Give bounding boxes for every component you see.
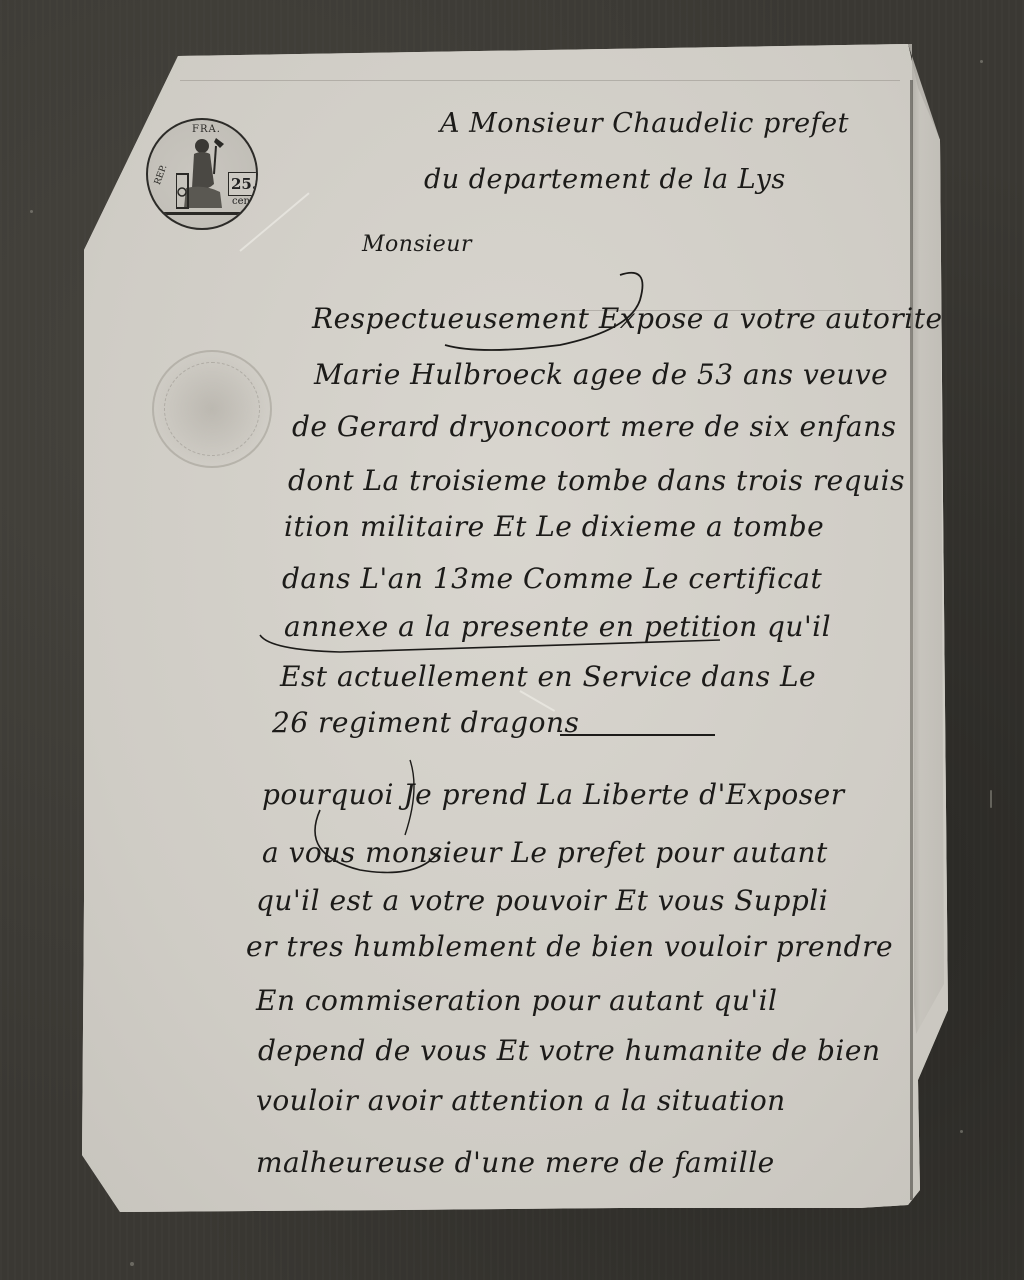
body-line-13: er tres humblement de bien vouloir prend… [246,930,893,963]
body-line-14: En commiseration pour autant qu'il [256,984,778,1017]
body-line-1: Respectueusement Expose a votre autorite [312,302,943,335]
body-line-8: Est actuellement en Service dans Le [280,660,816,693]
stamp-unit: cen [232,196,250,207]
body-line-11: a vous monsieur Le prefet pour autant [262,836,828,869]
dust-speck [960,1130,963,1133]
stamp-base-line [162,212,246,215]
dust-speck [30,210,33,213]
body-line-3: de Gerard dryoncoort mere de six enfans [292,410,897,443]
body-line-4: dont La troisieme tombe dans trois requi… [288,464,905,497]
address-line-2: du departement de la Lys [424,164,786,195]
body-line-16: vouloir avoir attention a la situation [256,1084,786,1117]
address-line-1: A Monsieur Chaudelic prefet [440,108,849,139]
dust-speck [980,60,983,63]
embossed-dry-seal-icon [152,350,272,468]
body-line-17: malheureuse d'une mere de famille [256,1146,775,1179]
revenue-stamp: FRA. REP. 25. cen [146,118,258,230]
body-line-7: annexe a la presente en petition qu'il [284,610,831,643]
paper-fold-crease [910,80,913,1200]
dust-speck [990,790,992,808]
stamp-republic-text: REP. [153,164,169,187]
salutation: Monsieur [362,232,472,257]
body-line-10: pourquoi Je prend La Liberte d'Exposer [262,778,845,811]
body-line-6: dans L'an 13me Comme Le certificat [282,562,822,595]
body-line-9: 26 regiment dragons [272,706,579,739]
body-line-15: depend de vous Et votre humanite de bien [258,1034,881,1067]
seated-liberty-figure-icon [176,134,228,212]
seal-inner-ring [164,362,260,456]
dust-speck [130,1262,134,1266]
body-line-12: qu'il est a votre pouvoir Et vous Suppli [256,884,828,917]
body-line-5: ition militaire Et Le dixieme a tombe [284,510,824,543]
body-line-2: Marie Hulbroeck agee de 53 ans veuve [314,358,888,391]
stamp-value: 25. [228,172,258,196]
ruled-line [180,80,900,81]
